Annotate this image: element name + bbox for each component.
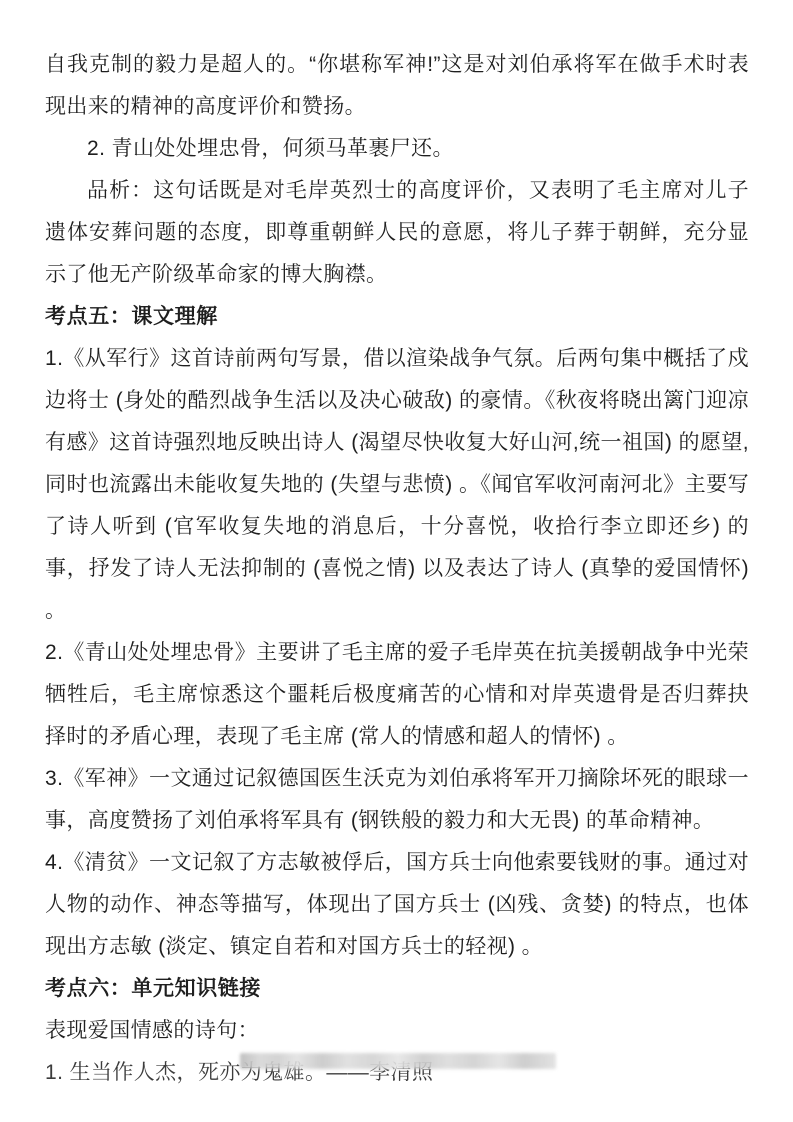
- document-page: 自我克制的毅力是超人的。“你堪称军神!”这是对刘伯承将军在做手术时表现出来的精神…: [0, 0, 793, 1122]
- document-content: 自我克制的毅力是超人的。“你堪称军神!”这是对刘伯承将军在做手术时表现出来的精神…: [45, 44, 749, 1094]
- paragraph: 表现爱国情感的诗句：: [45, 1010, 749, 1052]
- paragraph: 2.《青山处处埋忠骨》主要讲了毛主席的爱子毛岸英在抗美援朝战争中光荣牺牲后，毛主…: [45, 632, 749, 758]
- section-heading: 考点五：课文理解: [45, 296, 749, 338]
- paragraph: 自我克制的毅力是超人的。“你堪称军神!”这是对刘伯承将军在做手术时表现出来的精神…: [45, 44, 749, 128]
- paragraph: 3.《军神》一文通过记叙德国医生沃克为刘伯承将军开刀摘除坏死的眼球一事，高度赞扬…: [45, 758, 749, 842]
- section-heading: 考点六：单元知识链接: [45, 968, 749, 1010]
- paragraph: 1.《从军行》这首诗前两句写景，借以渲染战争气氛。后两句集中概括了戍边将士 (身…: [45, 338, 749, 632]
- paragraph: 4.《清贫》一文记叙了方志敏被俘后，国方兵士向他索要钱财的事。通过对人物的动作、…: [45, 842, 749, 968]
- watermark-blur: [240, 1053, 556, 1069]
- paragraph: 2. 青山处处埋忠骨，何须马革裹尸还。: [45, 128, 749, 170]
- paragraph: 品析：这句话既是对毛岸英烈士的高度评价，又表明了毛主席对儿子遗体安葬问题的态度，…: [45, 170, 749, 296]
